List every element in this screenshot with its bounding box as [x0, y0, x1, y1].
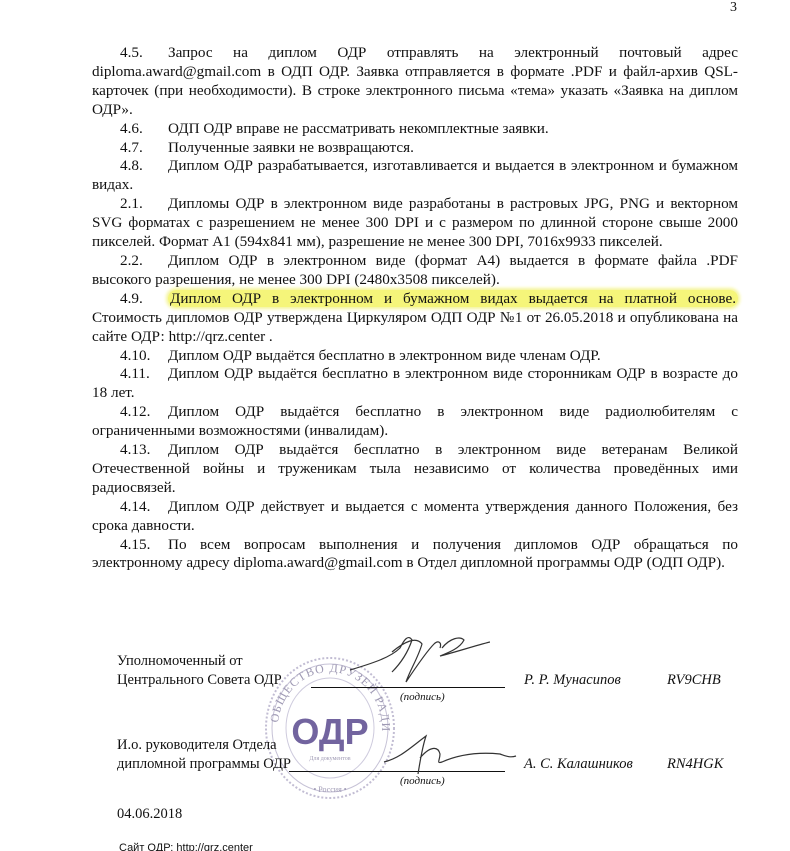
- signatory-title: Уполномоченный от Центрального Совета ОД…: [117, 652, 337, 690]
- paragraph-4-6: 4.6.ОДП ОДР вправе не рассматривать неко…: [92, 120, 738, 139]
- signatory-name: Р. Р. Мунасипов: [524, 671, 621, 690]
- paragraph-4-14: 4.14.Диплом ОДР действует и выдается с м…: [92, 498, 738, 536]
- paragraph-number: 4.8.: [120, 157, 168, 176]
- paragraph-4-9: 4.9.Диплом ОДР в электронном и бумажном …: [92, 290, 738, 347]
- paragraph-text: Диплом ОДР выдаётся бесплатно в электрон…: [92, 365, 738, 401]
- document-date: 04.06.2018: [117, 806, 182, 823]
- paragraph-number: 4.15.: [120, 536, 168, 555]
- signatory-title-line1: И.о. руководителя Отдела: [117, 736, 337, 755]
- paragraph-text: Диплом ОДР выдаётся бесплатно в электрон…: [92, 441, 738, 496]
- paragraph-text: Диплом ОДР разрабатывается, изготавливае…: [92, 157, 738, 193]
- paragraph-number: 4.12.: [120, 403, 168, 422]
- handwritten-signature-2: [380, 728, 520, 778]
- paragraph-number: 4.13.: [120, 441, 168, 460]
- paragraph-text: Диплом ОДР действует и выдается с момент…: [92, 498, 738, 534]
- signatory-title: И.о. руководителя Отдела дипломной прогр…: [117, 736, 337, 774]
- paragraph-number: 4.10.: [120, 347, 168, 366]
- paragraph-4-10: 4.10.Диплом ОДР выдаётся бесплатно в эле…: [92, 347, 738, 366]
- paragraph-text: Дипломы ОДР в электронном виде разработа…: [92, 195, 738, 250]
- paragraph-text: Диплом ОДР выдаётся бесплатно в электрон…: [168, 347, 601, 364]
- paragraph-text: Диплом ОДР в электронном виде (формат А4…: [92, 252, 738, 288]
- stamp-bottom-text: • Россия •: [313, 785, 346, 794]
- paragraph-text: Запрос на диплом ОДР отправлять на элект…: [92, 44, 738, 118]
- paragraph-2-2: 2.2.Диплом ОДР в электронном виде (форма…: [92, 252, 738, 290]
- paragraph-number: 4.7.: [120, 139, 168, 158]
- paragraph-text: По всем вопросам выполнения и получения …: [92, 536, 738, 572]
- paragraph-4-15: 4.15.По всем вопросам выполнения и получ…: [92, 536, 738, 574]
- signatory-callsign: RN4HGK: [667, 755, 723, 774]
- paragraph-4-5: 4.5.Запрос на диплом ОДР отправлять на э…: [92, 44, 738, 120]
- paragraph-4-13: 4.13.Диплом ОДР выдаётся бесплатно в эле…: [92, 441, 738, 498]
- signatory-callsign: RV9CHB: [667, 671, 721, 690]
- signatory-title-line1: Уполномоченный от: [117, 652, 337, 671]
- paragraph-number: 4.5.: [120, 44, 168, 63]
- paragraph-4-11: 4.11.Диплом ОДР выдаётся бесплатно в эле…: [92, 365, 738, 403]
- paragraph-number: 2.2.: [120, 252, 168, 271]
- paragraph-number: 4.14.: [120, 498, 168, 517]
- paragraph-text: Диплом ОДР выдаётся бесплатно в электрон…: [92, 403, 738, 439]
- paragraph-2-1: 2.1.Дипломы ОДР в электронном виде разра…: [92, 195, 738, 252]
- paragraph-4-8: 4.8.Диплом ОДР разрабатывается, изготавл…: [92, 157, 738, 195]
- paragraph-number: 4.6.: [120, 120, 168, 139]
- document-body: 4.5.Запрос на диплом ОДР отправлять на э…: [92, 44, 738, 573]
- paragraph-text: Стоимость дипломов ОДР утверждена Циркул…: [92, 309, 738, 345]
- paragraph-number: 2.1.: [120, 195, 168, 214]
- page-number: 3: [730, 0, 737, 16]
- handwritten-signature-1: [330, 630, 490, 690]
- signatory-name: А. С. Калашников: [524, 755, 633, 774]
- paragraph-text: ОДП ОДР вправе не рассматривать некомпле…: [168, 120, 549, 137]
- footer-site-link[interactable]: Сайт ОДР: http://qrz.center: [119, 842, 253, 851]
- paragraph-4-7: 4.7.Полученные заявки не возвращаются.: [92, 139, 738, 158]
- signatory-title-line2: Центрального Совета ОДР: [117, 671, 337, 690]
- paragraph-number: 4.11.: [120, 365, 168, 384]
- paragraph-4-12: 4.12.Диплом ОДР выдаётся бесплатно в эле…: [92, 403, 738, 441]
- signature-caption: (подпись): [400, 688, 445, 707]
- highlighted-text: Диплом ОДР в электронном и бумажном вида…: [168, 290, 738, 307]
- paragraph-text: Полученные заявки не возвращаются.: [168, 139, 414, 156]
- paragraph-number: 4.9.: [120, 290, 168, 309]
